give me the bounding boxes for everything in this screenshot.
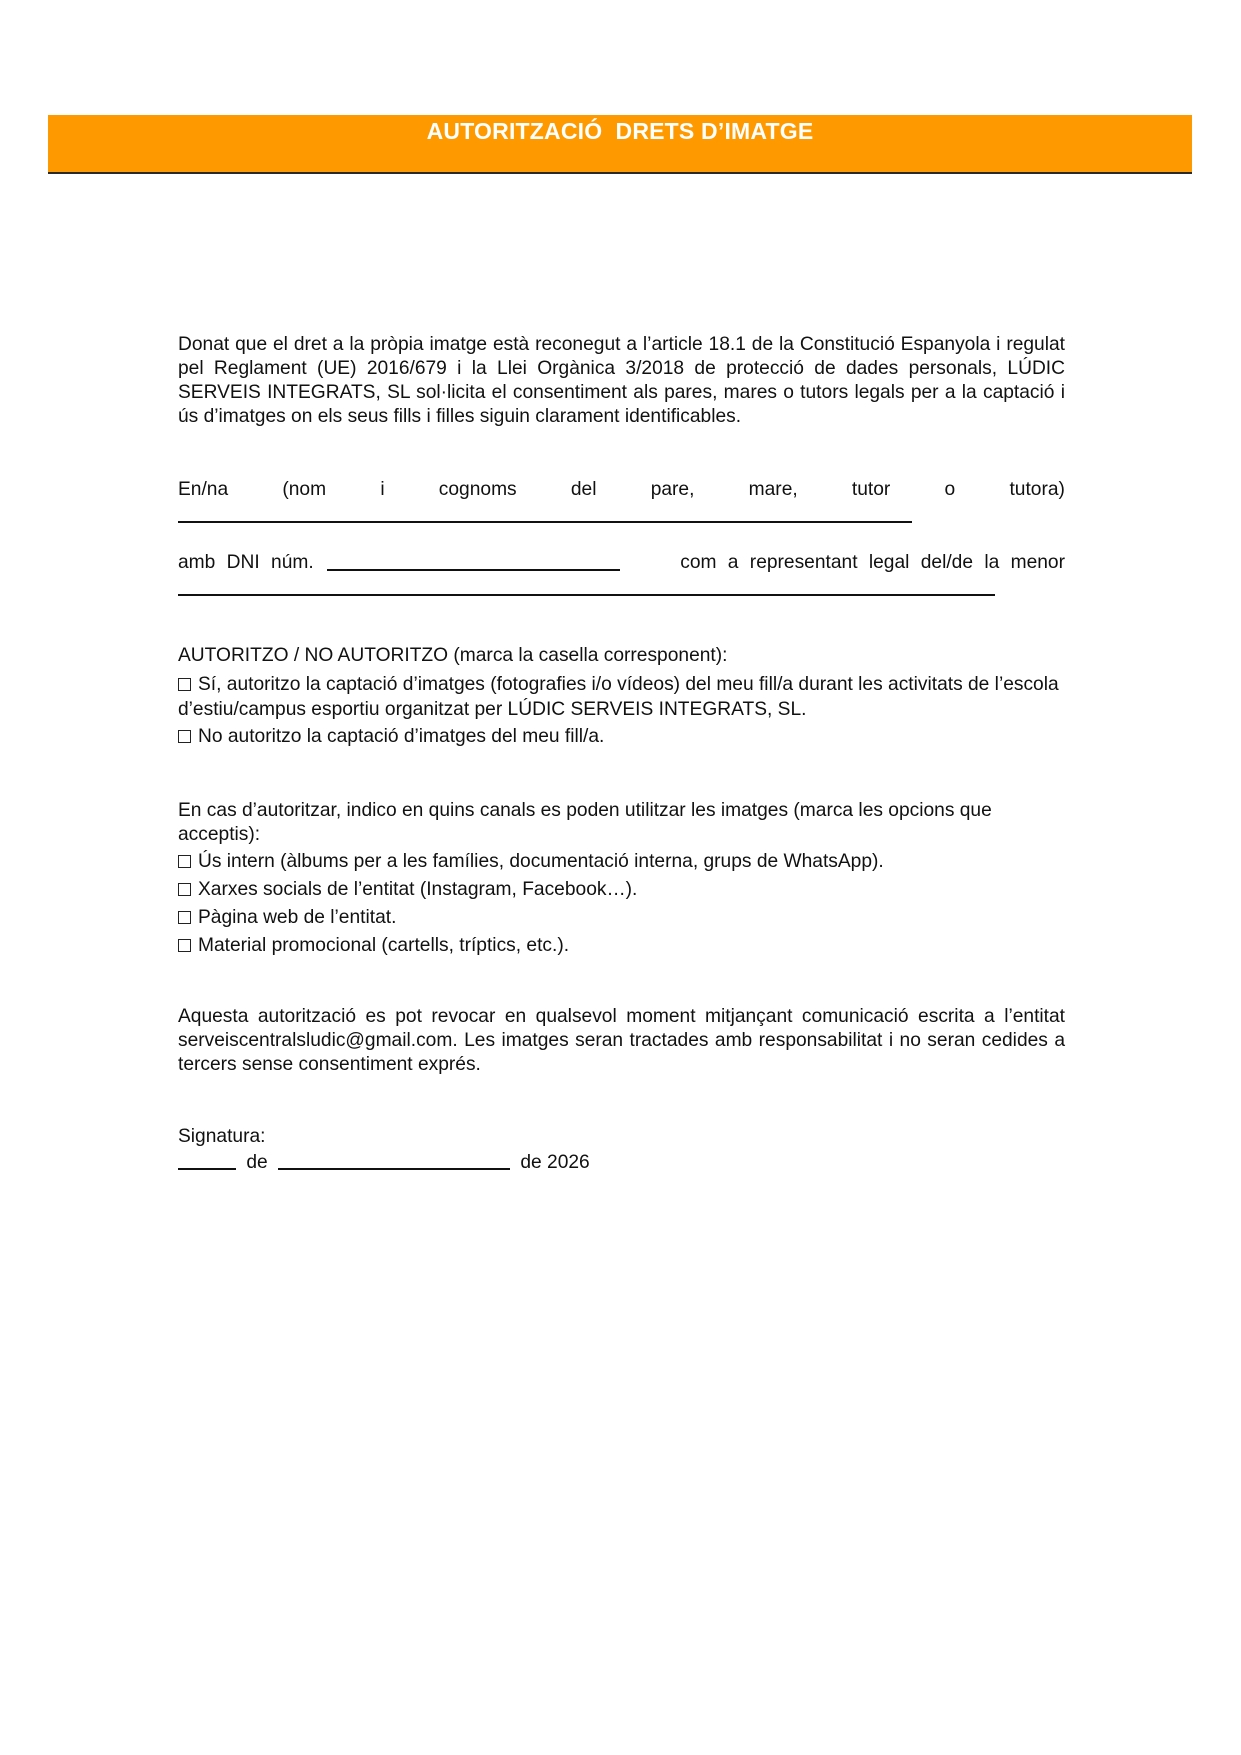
guardian-name-field[interactable]	[178, 521, 912, 523]
authorize-yes-option[interactable]: Sí, autoritzo la captació d’imatges (fot…	[178, 672, 1065, 722]
guardian-word: tutora)	[1009, 478, 1064, 502]
minor-name-field[interactable]	[178, 594, 995, 596]
authorize-no-option[interactable]: No autoritzo la captació d’imatges del m…	[178, 725, 1065, 749]
guardian-word: En/na	[178, 478, 228, 502]
date-line: de de 2026	[178, 1150, 590, 1175]
authorization-heading: AUTORITZO / NO AUTORITZO (marca la casel…	[178, 644, 727, 668]
guardian-word: mare,	[749, 478, 798, 502]
intro-paragraph: Donat que el dret a la pròpia imatge est…	[178, 333, 1065, 429]
guardian-word: pare,	[651, 478, 695, 502]
guardian-word: del	[571, 478, 597, 502]
channel-website-option[interactable]: Pàgina web de l’entitat.	[178, 906, 1065, 930]
day-field[interactable]	[178, 1150, 236, 1170]
date-de: de	[246, 1152, 267, 1173]
dni-line: amb DNI núm. com a representant legal de…	[178, 551, 1065, 575]
checkbox-internal-use[interactable]	[178, 855, 191, 868]
channel-social-option[interactable]: Xarxes socials de l’entitat (Instagram, …	[178, 878, 1065, 902]
guardian-word: tutor	[852, 478, 890, 502]
guardian-word: o	[945, 478, 956, 502]
option-label: Xarxes socials de l’entitat (Instagram, …	[198, 879, 637, 900]
guardian-word: i	[380, 478, 384, 502]
option-label: Material promocional (cartells, tríptics…	[198, 935, 569, 956]
year-text: de 2026	[520, 1152, 589, 1173]
document-title: AUTORITZACIÓ DRETS D’IMATGE	[48, 118, 1192, 145]
option-label: Ús intern (àlbums per a les famílies, do…	[198, 851, 884, 872]
signature-label: Signatura:	[178, 1125, 265, 1149]
option-label: No autoritzo la captació d’imatges del m…	[198, 726, 604, 747]
guardian-word: (nom	[282, 478, 326, 502]
dni-field[interactable]	[327, 551, 620, 571]
channels-heading: En cas d’autoritzar, indico en quins can…	[178, 799, 1065, 847]
dni-suffix: com a representant legal del/de la menor	[680, 551, 1065, 575]
title-banner: AUTORITZACIÓ DRETS D’IMATGE	[48, 115, 1192, 174]
guardian-label-line: En/na (nom i cognoms del pare, mare, tut…	[178, 478, 1065, 502]
checkbox-promotional[interactable]	[178, 939, 191, 952]
checkbox-authorize-no[interactable]	[178, 730, 191, 743]
dni-prefix: amb DNI núm.	[178, 551, 314, 575]
checkbox-social-networks[interactable]	[178, 883, 191, 896]
channel-promo-option[interactable]: Material promocional (cartells, tríptics…	[178, 934, 1065, 958]
option-label: Pàgina web de l’entitat.	[198, 907, 396, 928]
revocation-paragraph: Aquesta autorització es pot revocar en q…	[178, 1005, 1065, 1077]
checkbox-authorize-yes[interactable]	[178, 678, 191, 691]
guardian-word: cognoms	[439, 478, 517, 502]
channel-internal-option[interactable]: Ús intern (àlbums per a les famílies, do…	[178, 850, 1065, 874]
checkbox-website[interactable]	[178, 911, 191, 924]
option-label: Sí, autoritzo la captació d’imatges (fot…	[178, 674, 1059, 720]
month-field[interactable]	[278, 1150, 510, 1170]
